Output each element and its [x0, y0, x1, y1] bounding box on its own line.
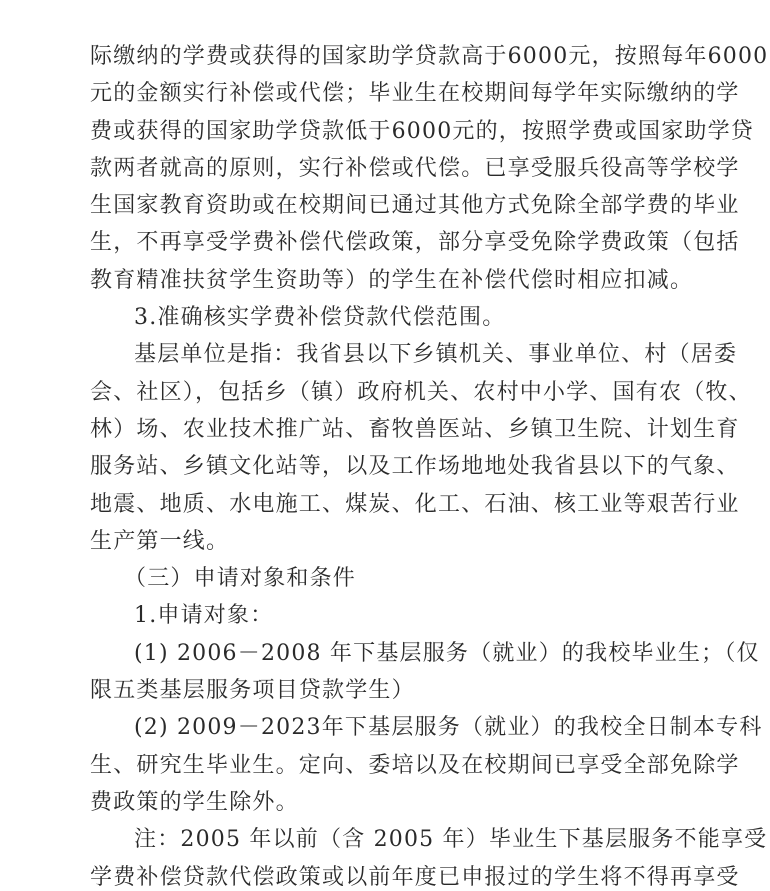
paragraph-line: 生产第一线。 [90, 523, 690, 560]
paragraph-line: 会、社区），包括乡（镇）政府机关、农村中小学、国有农（牧、 [90, 374, 690, 411]
list-item-continuation: 费政策的学生除外。 [90, 784, 690, 821]
paragraph-line: 费或获得的国家助学贷款低于6000元的，按照学费或国家助学贷 [90, 113, 690, 150]
list-item: (1) 2006－2008 年下基层服务（就业）的我校毕业生；（仅 [90, 635, 690, 672]
paragraph-line: 生国家教育资助或在校期间已通过其他方式免除全部学费的毕业 [90, 187, 690, 224]
paragraph-line: 款两者就高的原则，实行补偿或代偿。已享受服兵役高等学校学 [90, 150, 690, 187]
paragraph-line: 基层单位是指：我省县以下乡镇机关、事业单位、村（居委 [90, 336, 690, 373]
subsection-heading: 1.申请对象： [90, 597, 690, 634]
note-line: 学费补偿贷款代偿政策或以前年度已申报过的学生将不得再享受 [90, 859, 690, 891]
note-line: 注：2005 年以前（含 2005 年）毕业生下基层服务不能享受 [90, 821, 690, 858]
list-item-continuation: 生、研究生毕业生。定向、委培以及在校期间已享受全部免除学 [90, 747, 690, 784]
document-body: 际缴纳的学费或获得的国家助学贷款高于6000元，按照每年6000 元的金额实行补… [90, 38, 690, 891]
section-heading: （三）申请对象和条件 [90, 560, 690, 597]
section-item-heading: 3.准确核实学费补偿贷款代偿范围。 [90, 299, 690, 336]
paragraph-line: 际缴纳的学费或获得的国家助学贷款高于6000元，按照每年6000 [90, 38, 690, 75]
paragraph-line: 地震、地质、水电施工、煤炭、化工、石油、核工业等艰苦行业 [90, 486, 690, 523]
paragraph-line: 元的金额实行补偿或代偿；毕业生在校期间每学年实际缴纳的学 [90, 75, 690, 112]
paragraph-line: 服务站、乡镇文化站等，以及工作场地地处我省县以下的气象、 [90, 448, 690, 485]
paragraph-line: 林）场、农业技术推广站、畜牧兽医站、乡镇卫生院、计划生育 [90, 411, 690, 448]
list-item: (2) 2009－2023年下基层服务（就业）的我校全日制本专科 [90, 709, 690, 746]
list-item-continuation: 限五类基层服务项目贷款学生） [90, 672, 690, 709]
paragraph-line: 生，不再享受学费补偿代偿政策，部分享受免除学费政策（包括 [90, 224, 690, 261]
document-page: 际缴纳的学费或获得的国家助学贷款高于6000元，按照每年6000 元的金额实行补… [0, 0, 770, 891]
paragraph-line: 教育精准扶贫学生资助等）的学生在补偿代偿时相应扣减。 [90, 262, 690, 299]
